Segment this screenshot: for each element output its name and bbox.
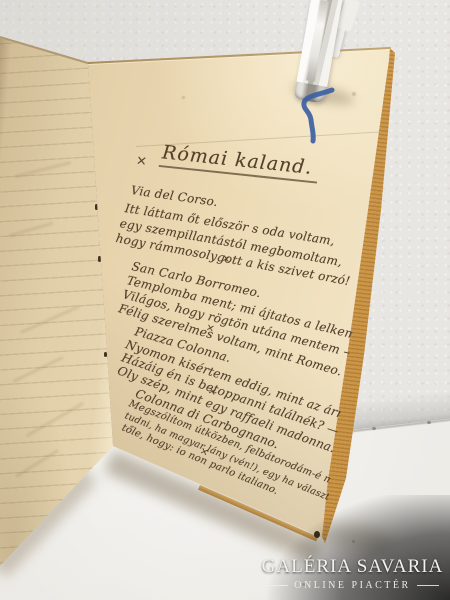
watermark: GALÉRIA SAVARIA ONLINE PIACTÉR — [245, 495, 450, 600]
section-mark: × — [135, 154, 148, 168]
watermark-title: GALÉRIA SAVARIA — [262, 556, 444, 578]
photo-of-notebook: × Római kaland. Via del Corso. Itt látta… — [0, 0, 450, 600]
table-speck — [372, 427, 376, 430]
watermark-rule-right — [417, 585, 439, 586]
table-speck — [427, 421, 431, 424]
watermark-rule-left — [266, 585, 288, 586]
ribbon-bookmark — [296, 82, 344, 150]
watermark-subtitle: ONLINE PIACTÉR — [294, 580, 410, 591]
watermark-subtitle-row: ONLINE PIACTÉR — [266, 580, 438, 591]
